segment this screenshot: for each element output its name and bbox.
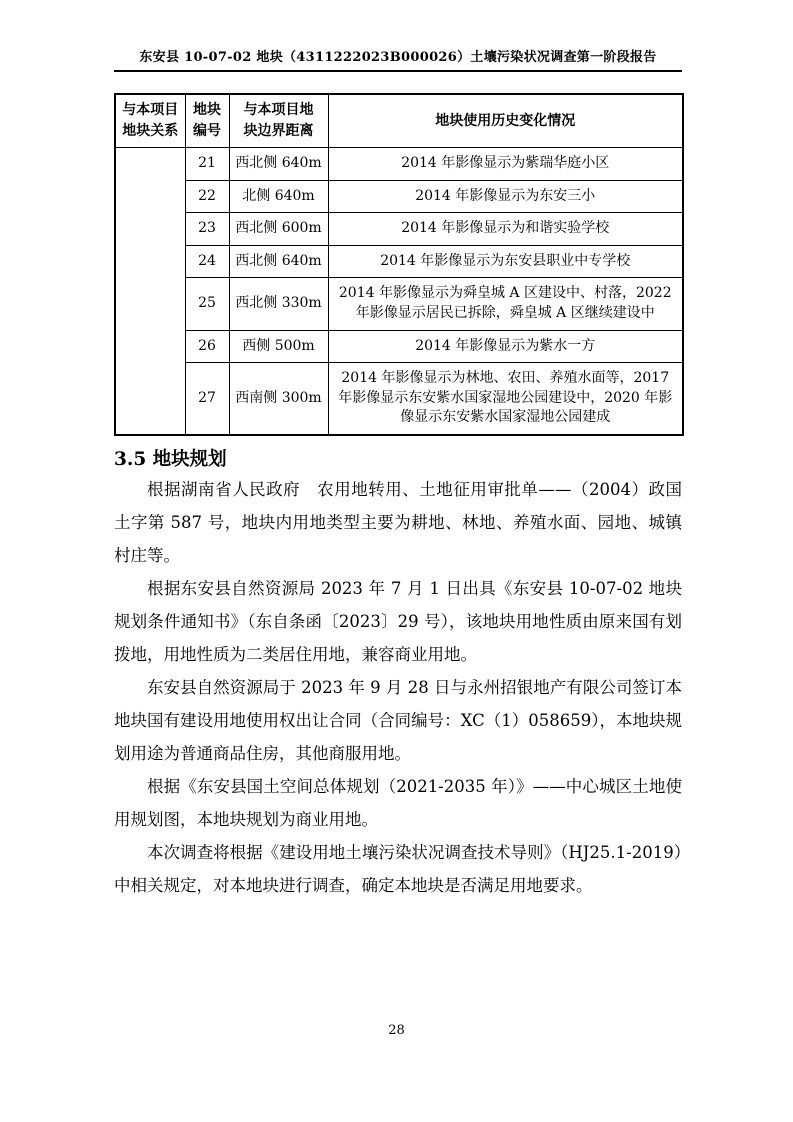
cell-boundary-distance: 北侧 640m bbox=[229, 180, 328, 213]
cell-history: 2014 年影像显示为紫瑞华庭小区 bbox=[328, 148, 683, 181]
body-paragraph: 根据《东安县国土空间总体规划（2021-2035 年）》——中心城区土地使用规划… bbox=[114, 770, 682, 836]
cell-history: 2014 年影像显示为东安县职业中专学校 bbox=[328, 245, 683, 278]
cell-boundary-distance: 西北侧 640m bbox=[229, 245, 328, 278]
cell-history: 2014 年影像显示为东安三小 bbox=[328, 180, 683, 213]
section-heading: 3.5 地块规划 bbox=[114, 445, 682, 471]
land-use-history-table: 与本项目 地块关系 地块 编号 与本项目地 块边界距离 地块使用历史变化情况 2… bbox=[114, 93, 684, 436]
page-content: 东安县 10-07-02 地块（4311222023B000026）土壤污染状况… bbox=[114, 0, 682, 902]
col-header-history: 地块使用历史变化情况 bbox=[328, 94, 683, 148]
table-row: 23 西北侧 600m 2014 年影像显示为和谐实验学校 bbox=[115, 213, 683, 246]
cell-plot-number: 21 bbox=[185, 148, 229, 181]
cell-boundary-distance: 西南侧 300m bbox=[229, 363, 328, 435]
table-row: 22 北侧 640m 2014 年影像显示为东安三小 bbox=[115, 180, 683, 213]
cell-boundary-distance: 西侧 500m bbox=[229, 330, 328, 363]
cell-plot-number: 23 bbox=[185, 213, 229, 246]
body-paragraph: 根据湖南省人民政府 农用地转用、土地征用审批单——（2004）政国土字第 587… bbox=[114, 473, 682, 572]
cell-boundary-distance: 西北侧 600m bbox=[229, 213, 328, 246]
table-row: 26 西侧 500m 2014 年影像显示为紫水一方 bbox=[115, 330, 683, 363]
body-paragraph: 本次调查将根据《建设用地土壤污染状况调查技术导则》（HJ25.1-2019）中相… bbox=[114, 836, 682, 902]
col-header-relation: 与本项目 地块关系 bbox=[115, 94, 185, 148]
cell-boundary-distance: 西北侧 330m bbox=[229, 278, 328, 330]
cell-plot-number: 25 bbox=[185, 278, 229, 330]
page-header: 东安县 10-07-02 地块（4311222023B000026）土壤污染状况… bbox=[114, 0, 682, 72]
table-row: 27 西南侧 300m 2014 年影像显示为林地、农田、养殖水面等，2017 … bbox=[115, 363, 683, 435]
cell-boundary-distance: 西北侧 640m bbox=[229, 148, 328, 181]
table-row: 21 西北侧 640m 2014 年影像显示为紫瑞华庭小区 bbox=[115, 148, 683, 181]
table-row: 24 西北侧 640m 2014 年影像显示为东安县职业中专学校 bbox=[115, 245, 683, 278]
body-paragraph: 东安县自然资源局于 2023 年 9 月 28 日与永州招银地产有限公司签订本地… bbox=[114, 671, 682, 770]
cell-history: 2014 年影像显示为紫水一方 bbox=[328, 330, 683, 363]
cell-relation-merged bbox=[115, 148, 185, 435]
col-header-plot-number: 地块 编号 bbox=[185, 94, 229, 148]
cell-plot-number: 26 bbox=[185, 330, 229, 363]
cell-plot-number: 27 bbox=[185, 363, 229, 435]
page-number: 28 bbox=[0, 1023, 793, 1038]
cell-history: 2014 年影像显示为和谐实验学校 bbox=[328, 213, 683, 246]
cell-history: 2014 年影像显示为林地、农田、养殖水面等，2017 年影像显示东安紫水国家湿… bbox=[328, 363, 683, 435]
body-paragraph: 根据东安县自然资源局 2023 年 7 月 1 日出具《东安县 10-07-02… bbox=[114, 572, 682, 671]
cell-plot-number: 24 bbox=[185, 245, 229, 278]
table-row: 25 西北侧 330m 2014 年影像显示为舜皇城 A 区建设中、村落，202… bbox=[115, 278, 683, 330]
header-title: 东安县 10-07-02 地块（4311222023B000026）土壤污染状况… bbox=[114, 46, 682, 65]
cell-plot-number: 22 bbox=[185, 180, 229, 213]
report-page: 东安县 10-07-02 地块（4311222023B000026）土壤污染状况… bbox=[0, 0, 793, 1122]
table-header-row: 与本项目 地块关系 地块 编号 与本项目地 块边界距离 地块使用历史变化情况 bbox=[115, 94, 683, 148]
cell-history: 2014 年影像显示为舜皇城 A 区建设中、村落，2022 年影像显示居民已拆除… bbox=[328, 278, 683, 330]
col-header-boundary-distance: 与本项目地 块边界距离 bbox=[229, 94, 328, 148]
